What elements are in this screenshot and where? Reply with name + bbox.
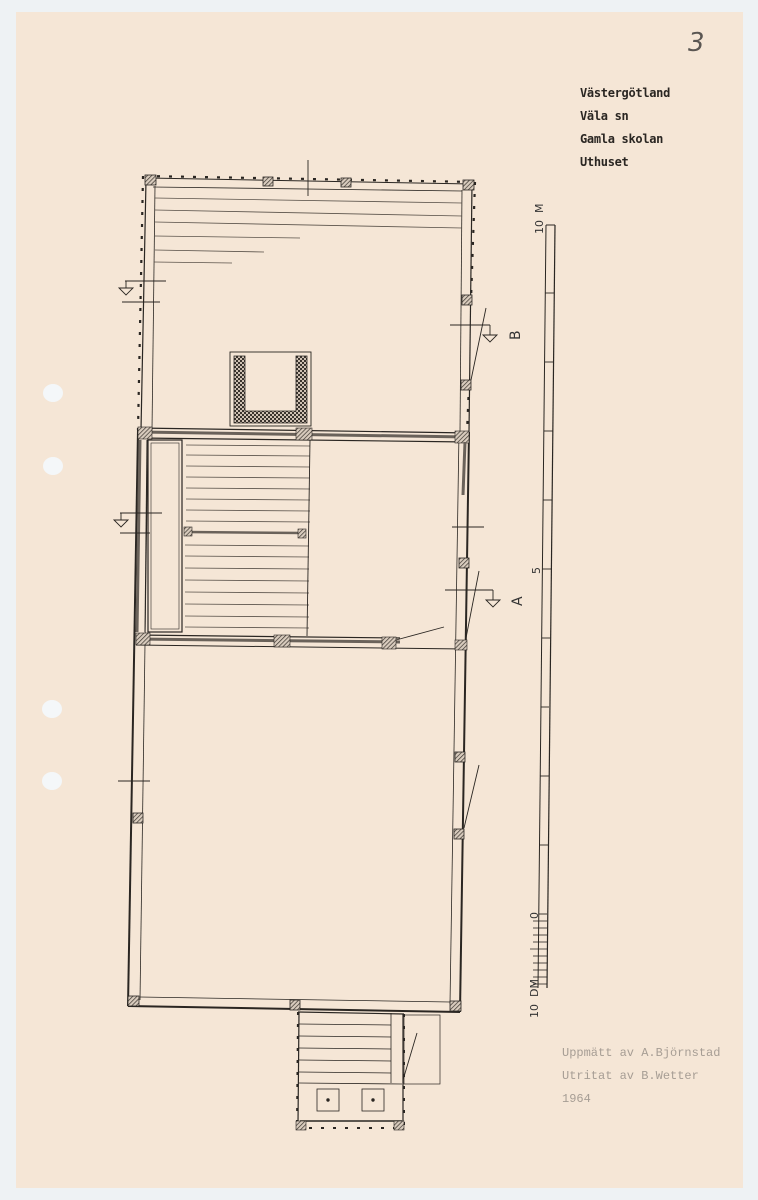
beam bbox=[184, 527, 306, 538]
scale-mid-label: 5 bbox=[530, 567, 543, 574]
scale-bar bbox=[530, 225, 555, 988]
interior-partition-lower bbox=[136, 635, 465, 649]
floor-plan bbox=[0, 0, 758, 1200]
floorboards-middle bbox=[185, 440, 310, 636]
section-label-b: B bbox=[508, 330, 524, 340]
entrance-steps bbox=[296, 1012, 440, 1130]
scale-bottom-label: 10 DM bbox=[528, 979, 541, 1018]
right-side-wall-band bbox=[463, 442, 465, 495]
scale-zero-label: 0 bbox=[528, 912, 541, 919]
section-arrows bbox=[114, 281, 500, 607]
left-side-wall-band bbox=[137, 440, 182, 632]
door-swings bbox=[396, 308, 486, 1080]
outer-walls bbox=[128, 176, 475, 1012]
section-cut-lines bbox=[118, 160, 493, 781]
section-label-a: A bbox=[510, 596, 526, 606]
scale-top-label: 10 M bbox=[533, 204, 546, 235]
chimney-stove bbox=[230, 352, 311, 426]
floorboards-upper bbox=[154, 198, 462, 263]
